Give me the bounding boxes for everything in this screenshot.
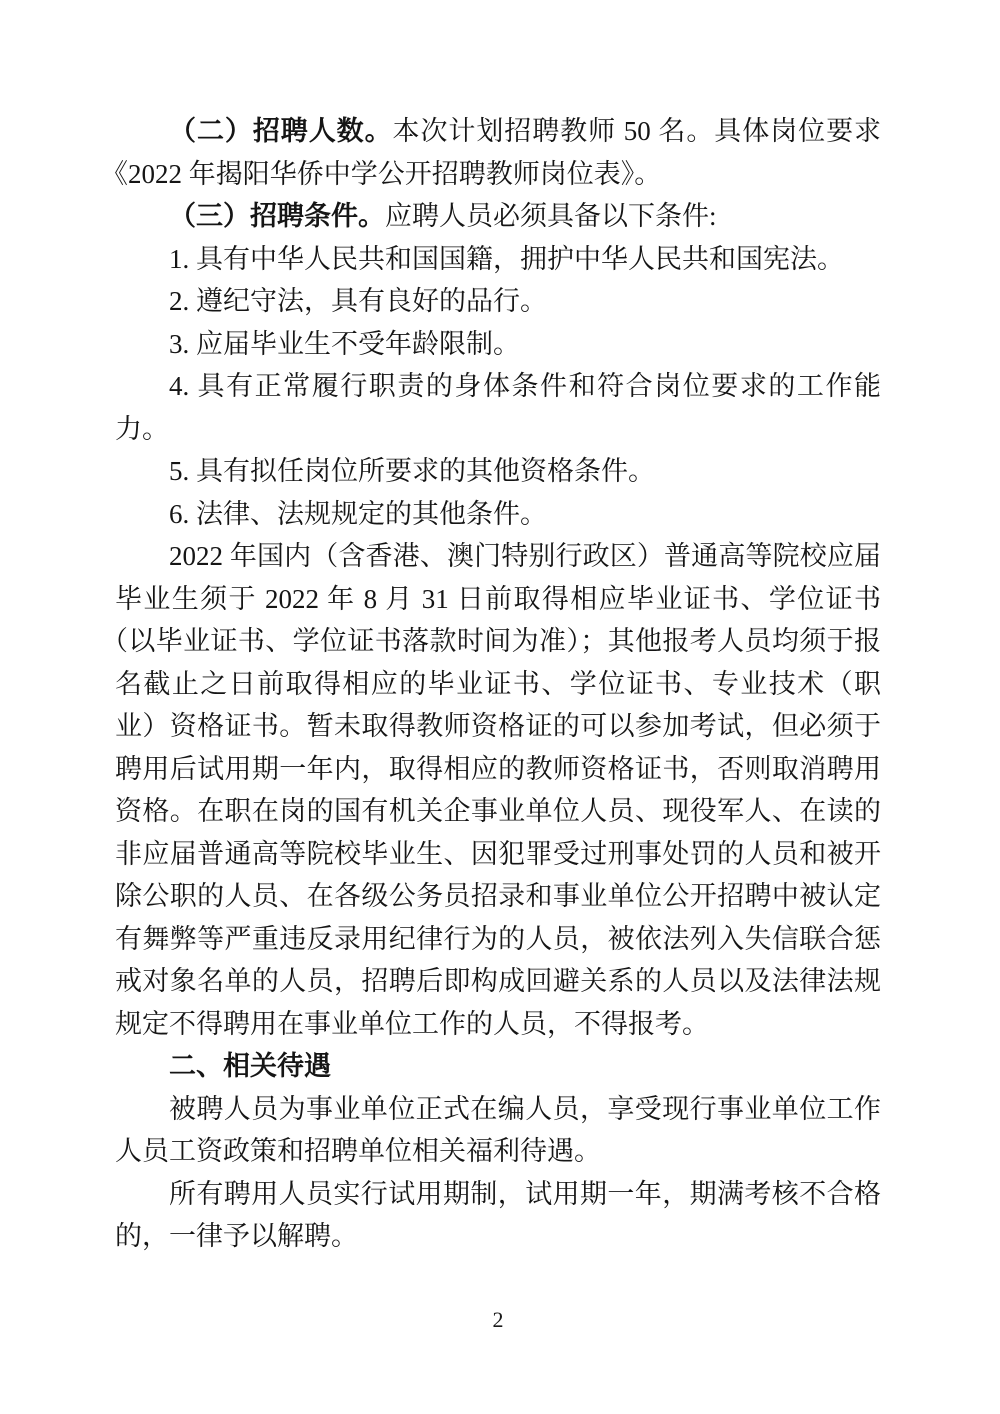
text-line: 规定不得聘用在事业单位工作的人员，不得报考。 [115, 1003, 881, 1046]
body-text: 名截止之日前取得相应的毕业证书、学位证书、专业技术（职 [115, 669, 881, 699]
document-body: （二）招聘人数。本次计划招聘教师 50 名。具体岗位要求见《2022 年揭阳华侨… [115, 110, 881, 1258]
text-line: 有舞弊等严重违反录用纪律行为的人员，被依法列入失信联合惩 [115, 918, 881, 961]
body-text: 力。 [115, 414, 169, 444]
text-line: （以毕业证书、学位证书落款时间为准）；其他报考人员均须于报 [101, 620, 881, 663]
body-text: 人员工资政策和招聘单位相关福利待遇。 [115, 1136, 601, 1166]
body-text: 1. 具有中华人民共和国国籍，拥护中华人民共和国宪法。 [169, 244, 844, 274]
text-line: 毕业生须于 2022 年 8 月 31 日前取得相应毕业证书、学位证书 [115, 578, 881, 621]
text-line: 非应届普通高等院校毕业生、因犯罪受过刑事处罚的人员和被开 [115, 833, 881, 876]
text-line: 业）资格证书。暂未取得教师资格证的可以参加考试，但必须于 [115, 705, 881, 748]
text-line: 戒对象名单的人员，招聘后即构成回避关系的人员以及法律法规 [115, 960, 881, 1003]
text-line: 聘用后试用期一年内，取得相应的教师资格证书，否则取消聘用 [115, 748, 881, 791]
bold-text: （三）招聘条件。 [169, 201, 385, 231]
body-text: 毕业生须于 2022 年 8 月 31 日前取得相应毕业证书、学位证书 [115, 584, 881, 614]
text-line: 被聘人员为事业单位正式在编人员，享受现行事业单位工作 [115, 1088, 881, 1131]
text-line: 力。 [115, 408, 881, 451]
document-page: （二）招聘人数。本次计划招聘教师 50 名。具体岗位要求见《2022 年揭阳华侨… [0, 0, 1000, 1414]
text-line: 3. 应届毕业生不受年龄限制。 [115, 323, 881, 366]
body-text: 5. 具有拟任岗位所要求的其他资格条件。 [169, 456, 655, 486]
text-line: 名截止之日前取得相应的毕业证书、学位证书、专业技术（职 [115, 663, 881, 706]
body-text: 非应届普通高等院校毕业生、因犯罪受过刑事处罚的人员和被开 [115, 839, 881, 869]
text-line: 2022 年国内（含香港、澳门特别行政区）普通高等院校应届 [115, 535, 881, 578]
text-line: 5. 具有拟任岗位所要求的其他资格条件。 [115, 450, 881, 493]
body-text: 资格。在职在岗的国有机关企事业单位人员、现役军人、在读的 [115, 796, 881, 826]
text-line: 人员工资政策和招聘单位相关福利待遇。 [115, 1130, 881, 1173]
body-text: 3. 应届毕业生不受年龄限制。 [169, 329, 520, 359]
body-text: 规定不得聘用在事业单位工作的人员，不得报考。 [115, 1009, 709, 1039]
body-text: 戒对象名单的人员，招聘后即构成回避关系的人员以及法律法规 [115, 966, 881, 996]
text-line: 《2022 年揭阳华侨中学公开招聘教师岗位表》。 [101, 153, 881, 196]
text-line: 4. 具有正常履行职责的身体条件和符合岗位要求的工作能 [115, 365, 881, 408]
bold-text: 二、相关待遇 [169, 1051, 331, 1081]
body-text: 被聘人员为事业单位正式在编人员，享受现行事业单位工作 [169, 1094, 881, 1124]
text-line: 除公职的人员、在各级公务员招录和事业单位公开招聘中被认定 [115, 875, 881, 918]
body-text: 所有聘用人员实行试用期制，试用期一年，期满考核不合格 [169, 1179, 881, 1209]
bold-text: （二）招聘人数。 [169, 116, 393, 146]
body-text: （以毕业证书、学位证书落款时间为准）；其他报考人员均须于报 [101, 626, 881, 656]
text-line: （二）招聘人数。本次计划招聘教师 50 名。具体岗位要求见 [115, 110, 881, 153]
text-line: 所有聘用人员实行试用期制，试用期一年，期满考核不合格 [115, 1173, 881, 1216]
page-number: 2 [115, 1305, 881, 1335]
body-text: 的，一律予以解聘。 [115, 1221, 358, 1251]
body-text: 应聘人员必须具备以下条件: [385, 201, 717, 231]
body-text: 业）资格证书。暂未取得教师资格证的可以参加考试，但必须于 [115, 711, 881, 741]
body-text: 除公职的人员、在各级公务员招录和事业单位公开招聘中被认定 [115, 881, 881, 911]
text-line: 6. 法律、法规规定的其他条件。 [115, 493, 881, 536]
body-text: 聘用后试用期一年内，取得相应的教师资格证书，否则取消聘用 [115, 754, 881, 784]
text-line: 2. 遵纪守法，具有良好的品行。 [115, 280, 881, 323]
body-text: 6. 法律、法规规定的其他条件。 [169, 499, 547, 529]
body-text: 有舞弊等严重违反录用纪律行为的人员，被依法列入失信联合惩 [115, 924, 881, 954]
text-line: 的，一律予以解聘。 [115, 1215, 881, 1258]
body-text: 4. 具有正常履行职责的身体条件和符合岗位要求的工作能 [169, 371, 881, 401]
text-line: 1. 具有中华人民共和国国籍，拥护中华人民共和国宪法。 [115, 238, 881, 281]
text-line: 资格。在职在岗的国有机关企事业单位人员、现役军人、在读的 [115, 790, 881, 833]
text-line: （三）招聘条件。应聘人员必须具备以下条件: [115, 195, 881, 238]
body-text: 《2022 年揭阳华侨中学公开招聘教师岗位表》。 [101, 159, 661, 189]
body-text: 2022 年国内（含香港、澳门特别行政区）普通高等院校应届 [169, 541, 881, 571]
body-text: 2. 遵纪守法，具有良好的品行。 [169, 286, 547, 316]
text-line: 二、相关待遇 [115, 1045, 881, 1088]
